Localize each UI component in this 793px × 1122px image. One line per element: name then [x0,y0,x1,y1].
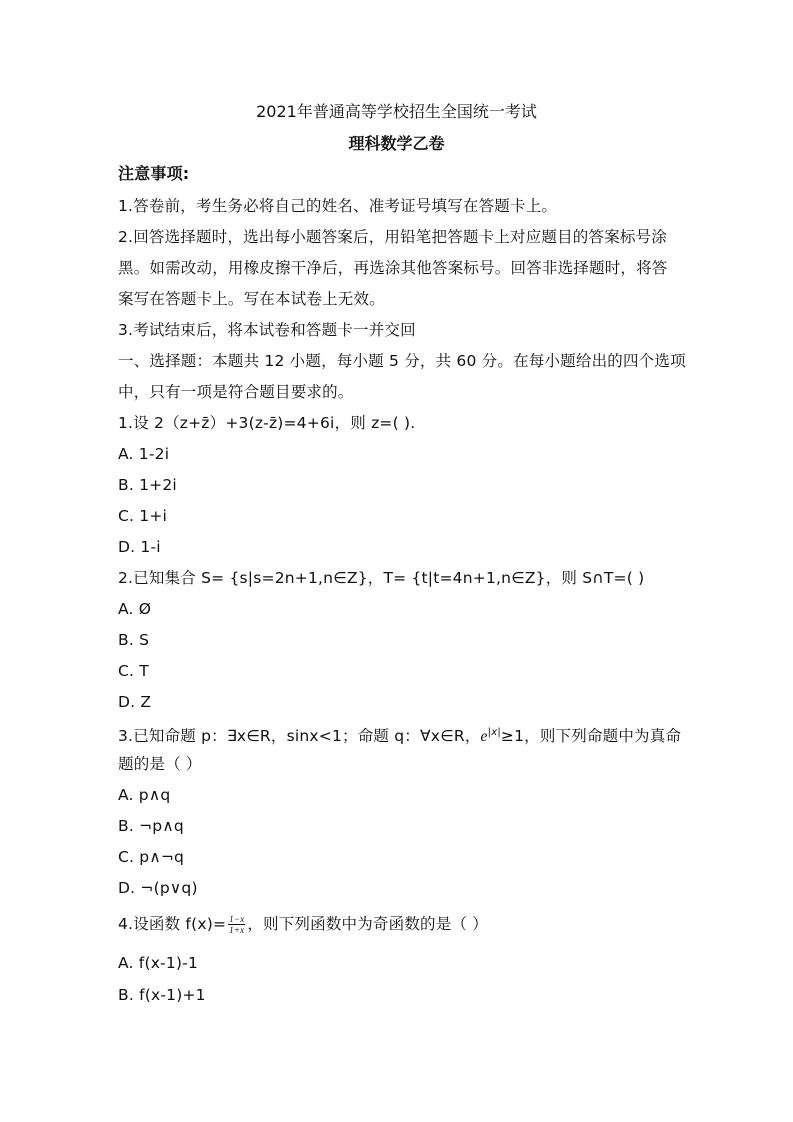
notice-heading: 注意事项: [118,164,189,184]
fraction-denominator: 1+x [228,925,245,935]
notice-line-2: 2.回答选择题时，选出每小题答案后，用铅笔把答题卡上对应题目的答案标号涂 [118,227,667,247]
question-4-stem-after: ，则下列函数中为奇函数的是（ ） [247,915,488,933]
question-1-stem: 1.设 2（z+z̄）+3(z-z̄)=4+6i，则 z=( ). [118,413,415,433]
question-1-option-d: D. 1-i [118,537,161,557]
question-1-option-c: C. 1+i [118,506,167,526]
section-instruction-2: 中，只有一项是符合题目要求的。 [118,382,354,402]
question-4-option-a: A. f(x-1)-1 [118,953,198,973]
question-3-stem-after: ≥1，则下列命题中为真命 [501,727,681,745]
section-instruction-1: 一、选择题：本题共 12 小题，每小题 5 分，共 60 分。在每小题给出的四个… [118,351,686,371]
question-1-option-a: A. 1-2i [118,444,169,464]
question-3-option-c: C. p∧¬q [118,847,184,867]
question-1-option-b: B. 1+2i [118,475,177,495]
question-2-option-b: B. S [118,630,149,650]
notice-line-1: 1.答卷前，考生务必将自己的姓名、准考证号填写在答题卡上。 [118,196,557,216]
question-2-option-d: D. Z [118,692,151,712]
math-e: e [481,728,488,745]
question-3-stem-line-2: 题的是（ ） [118,754,202,774]
question-2-stem: 2.已知集合 S= {s|s=2n+1,n∈Z}，T= {t|t=4n+1,n∈… [118,568,644,588]
question-4-stem-before: 4.设函数 f(x)= [118,915,226,933]
question-3-option-b: B. ¬p∧q [118,816,184,836]
notice-line-4: 案写在答题卡上。写在本试卷上无效。 [118,289,385,309]
question-3-stem-line-1: 3.已知命题 p：∃x∈R，sinx<1；命题 q：∀x∈R，e|x|≥1，则下… [118,723,681,747]
question-4-option-b: B. f(x-1)+1 [118,985,206,1005]
notice-line-5: 3.考试结束后，将本试卷和答题卡一并交回 [118,320,416,340]
question-2-option-c: C. T [118,661,149,681]
fraction-numerator: 1−x [228,914,245,925]
question-3-option-d: D. ¬(p∨q) [118,878,198,898]
exam-page: 2021年普通高等学校招生全国统一考试 理科数学乙卷 注意事项: 1.答卷前，考… [0,0,793,1122]
question-4-stem: 4.设函数 f(x)=1−x1+x，则下列函数中为奇函数的是（ ） [118,914,488,935]
question-3-option-a: A. p∧q [118,785,170,805]
exam-subtitle: 理科数学乙卷 [0,134,793,154]
notice-line-3: 黑。如需改动，用橡皮擦干净后，再选涂其他答案标号。回答非选择题时，将答 [118,258,668,278]
fraction: 1−x1+x [228,914,245,935]
question-2-option-a: A. Ø [118,599,151,619]
math-exponent: |x| [488,727,501,738]
question-3-stem-before: 3.已知命题 p：∃x∈R，sinx<1；命题 q：∀x∈R， [118,727,481,745]
exam-title: 2021年普通高等学校招生全国统一考试 [0,102,793,122]
